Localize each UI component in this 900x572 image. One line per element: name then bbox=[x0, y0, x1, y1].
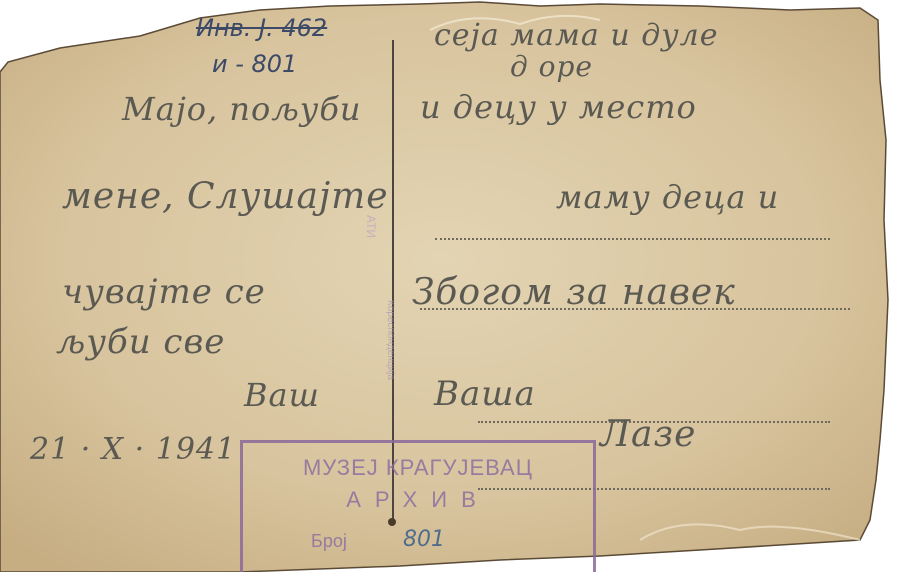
message-left-line-4: љуби све bbox=[56, 322, 225, 362]
message-right-line-3: Збогом за навек bbox=[412, 272, 736, 313]
message-left-line-5: Ваш bbox=[244, 376, 320, 414]
message-left-line-2: мене, Слушајте bbox=[62, 176, 389, 217]
stamp-archive-label: АРХИВ bbox=[243, 487, 593, 513]
signature: Лазе bbox=[600, 414, 696, 455]
printed-vertical-text-upper: АТИ bbox=[364, 215, 378, 238]
postcard: Инв. Ј. 462 и - 801 Мајо, пољуби мене, С… bbox=[0, 0, 900, 572]
message-right-top-line-2: д оре bbox=[510, 50, 593, 83]
museum-archive-stamp: МУЗЕЈ КРАГУЈЕВАЦ АРХИВ Број 801 bbox=[240, 440, 596, 572]
message-date: 21 · X · 1941 bbox=[30, 432, 236, 467]
stamp-number-label: Број bbox=[311, 531, 347, 552]
message-right-line-4: Ваша bbox=[434, 374, 536, 414]
stamp-number-value: 801 bbox=[403, 527, 445, 552]
archive-number: и - 801 bbox=[212, 50, 297, 78]
message-left-line-1: Мајо, пољуби bbox=[122, 90, 361, 128]
crossed-out-inventory-number: Инв. Ј. 462 bbox=[196, 14, 327, 42]
address-line-1 bbox=[435, 238, 830, 240]
printed-vertical-text-lower: Кореспонденција bbox=[385, 300, 396, 380]
message-right-top-line-1: сеја мама и дуле bbox=[434, 18, 718, 53]
stamp-museum-name: МУЗЕЈ КРАГУЈЕВАЦ bbox=[243, 455, 593, 481]
message-right-line-2: маму деца и bbox=[556, 178, 779, 216]
message-right-line-1: и децу у место bbox=[420, 88, 697, 126]
message-left-line-3: чувајте се bbox=[62, 272, 266, 312]
